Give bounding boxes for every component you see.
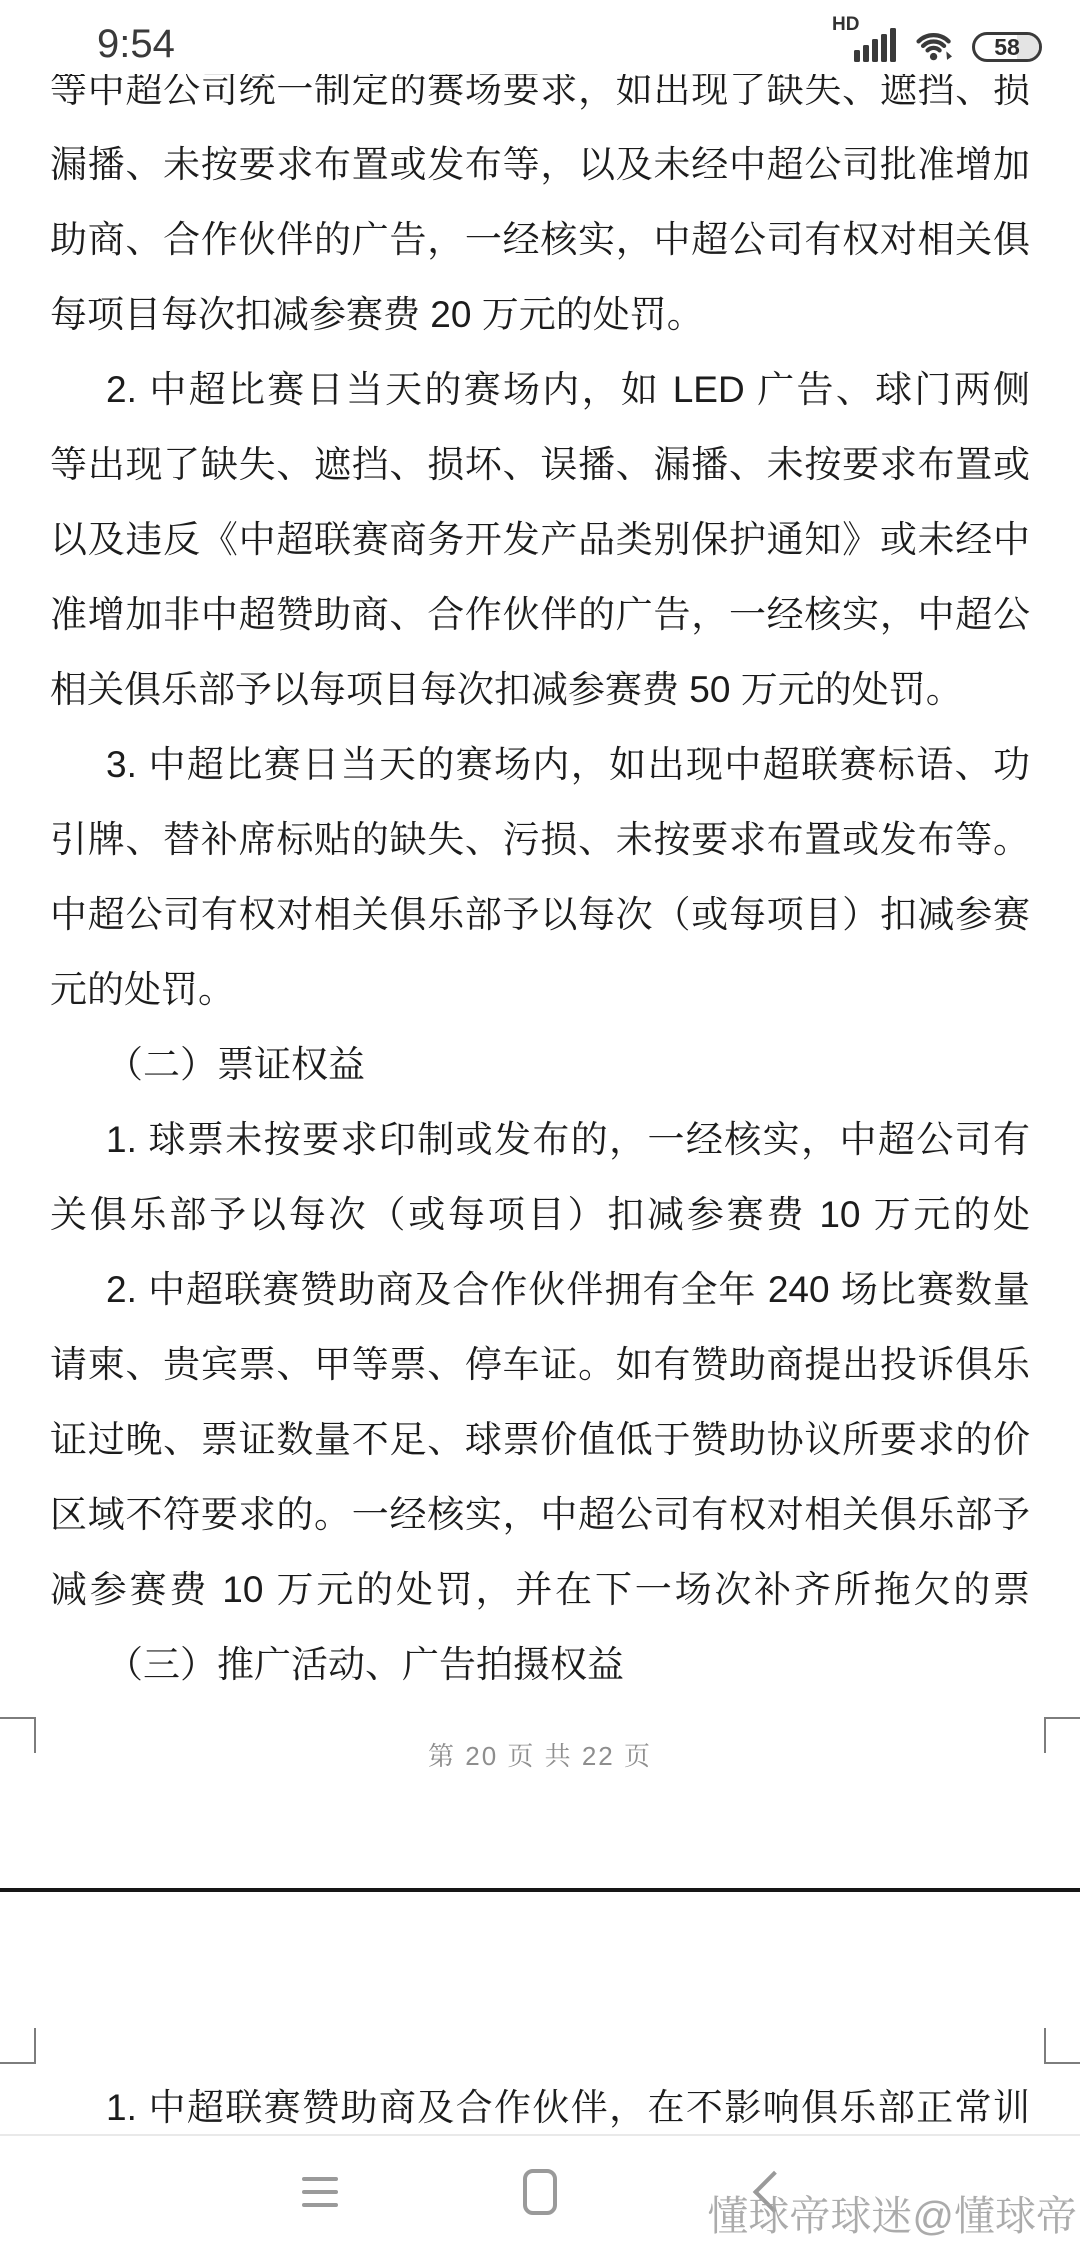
document-line: 2. 中超联赛赞助商及合作伙伴拥有全年 240 场比赛数量不等的 (50, 1252, 1030, 1327)
document-line: 区域不符要求的。一经核实，中超公司有权对相关俱乐部予以每次扣 (50, 1477, 1030, 1552)
battery-indicator: 58 (972, 32, 1042, 62)
page20-lines: 等中超公司统一制定的赛场要求，如出现了缺失、遮挡、损坏、误播、漏播、未按要求布置… (50, 52, 1030, 1702)
document-line: 相关俱乐部予以每项目每次扣减参赛费 50 万元的处罚。 (50, 652, 1030, 727)
page-divider (0, 1888, 1080, 1892)
menu-icon (302, 2177, 338, 2207)
document-line: 以及违反《中超联赛商务开发产品类别保护通知》或未经中超公司批 (50, 502, 1030, 577)
wifi-icon (910, 28, 960, 62)
document-line: 等出现了缺失、遮挡、损坏、误播、漏播、未按要求布置或发布等， (50, 427, 1030, 502)
status-bar: 9:54 HD 58 (0, 0, 1080, 74)
document-line: 关俱乐部予以每次（或每项目）扣减参赛费 10 万元的处罚。 (50, 1177, 1030, 1252)
document-line: （二）票证权益 (50, 1027, 1030, 1102)
document-line: 助商、合作伙伴的广告，一经核实，中超公司有权对相关俱乐部予以 (50, 202, 1030, 277)
document-line: 请柬、贵宾票、甲等票、停车证。如有赞助商提出投诉俱乐部发放票 (50, 1327, 1030, 1402)
menu-button[interactable] (263, 2136, 377, 2248)
signal-bars-icon (854, 28, 898, 62)
document-line: 漏播、未按要求布置或发布等，以及未经中超公司批准增加非中超赞 (50, 127, 1030, 202)
document-line: （三）推广活动、广告拍摄权益 (50, 1627, 1030, 1702)
watermark-text: 懂球帝球迷@懂球帝 (707, 2196, 1077, 2237)
document-line: 1. 球票未按要求印制或发布的，一经核实，中超公司有权对相 (50, 1102, 1030, 1177)
document-line: 3. 中超比赛日当天的赛场内，如出现中超联赛标语、功能房指 (50, 727, 1030, 802)
document-line: 证过晚、票证数量不足、球票价值低于赞助协议所要求的价值或球票 (50, 1402, 1030, 1477)
document-line: 元的处罚。 (50, 952, 1030, 1027)
text-boundary-mark-top-left (0, 2028, 36, 2064)
home-button[interactable] (483, 2136, 597, 2248)
document-line: 准增加非中超赞助商、合作伙伴的广告，一经核实，中超公司有权对 (50, 577, 1030, 652)
document-line: 减参赛费 10 万元的处罚，并在下一场次补齐所拖欠的票证。 (50, 1552, 1030, 1627)
battery-percent-text: 58 (975, 35, 1039, 59)
document-line: 中超公司有权对相关俱乐部予以每次（或每项目）扣减参赛费 10 万 (50, 877, 1030, 952)
document-line: 引牌、替补席标贴的缺失、污损、未按要求布置或发布等。一经核实， (50, 802, 1030, 877)
cell-signal-icon: HD (840, 28, 898, 62)
text-boundary-mark-top-right (1044, 2028, 1080, 2064)
document-line: 每项目每次扣减参赛费 20 万元的处罚。 (50, 277, 1030, 352)
status-icons: HD 58 (840, 28, 1042, 62)
page-number-footer: 第 20 页 共 22 页 (0, 1741, 1080, 1771)
screen: 等中超公司统一制定的赛场要求，如出现了缺失、遮挡、损坏、误播、漏播、未按要求布置… (0, 0, 1080, 2248)
clock-text: 9:54 (97, 24, 175, 64)
home-icon (523, 2169, 557, 2215)
document-line: 2. 中超比赛日当天的赛场内，如 LED 广告、球门两侧 3D 地毯 (50, 352, 1030, 427)
